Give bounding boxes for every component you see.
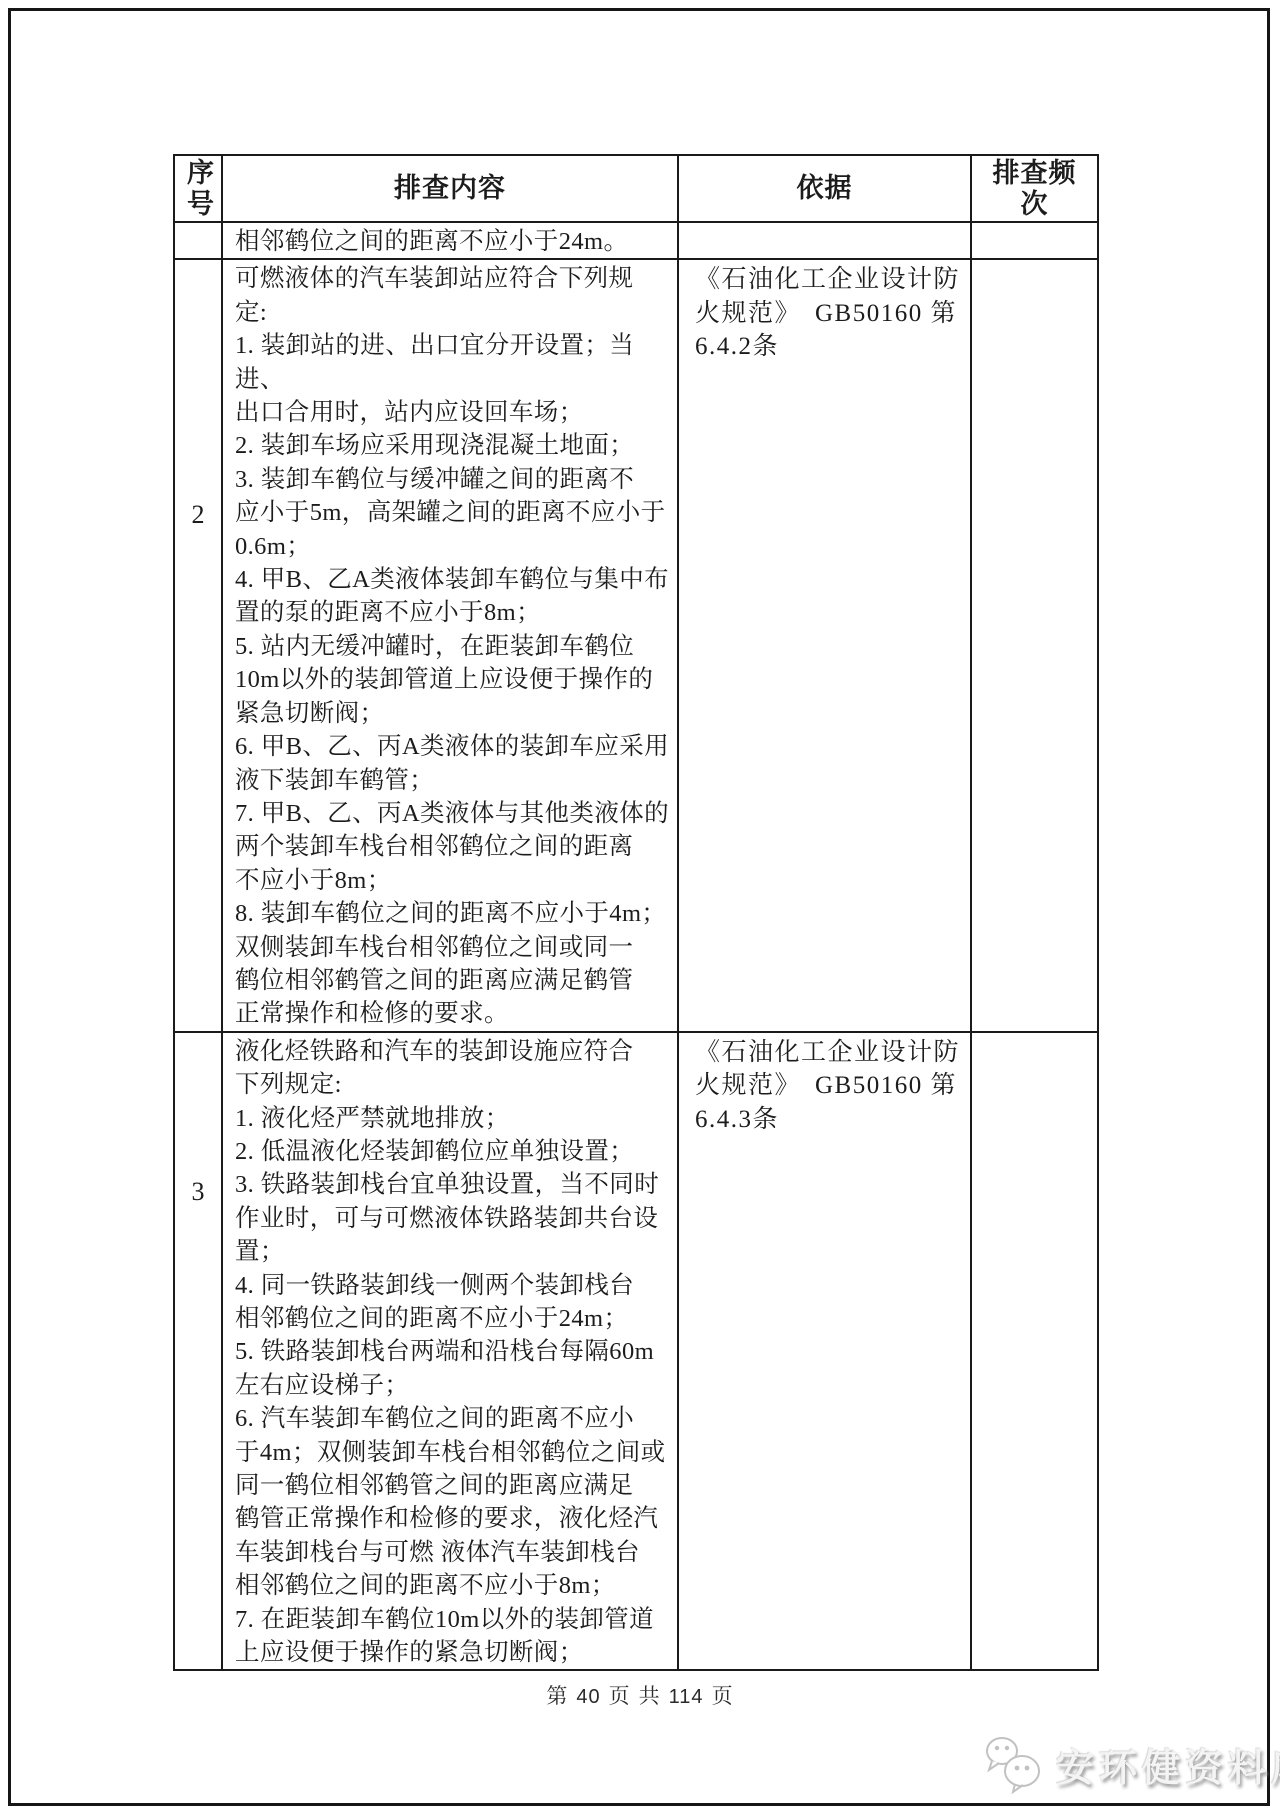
footer-total-pages: 114 [669, 1686, 704, 1708]
inspection-table: 序号 排查内容 依据 排查频次 相邻鹤位之间的距离不应小于24m。 2 可燃液体… [173, 154, 1099, 1671]
table-header-row: 序号 排查内容 依据 排查频次 [174, 155, 1098, 222]
row-number: 3 [174, 1032, 222, 1671]
watermark-label: 安环健资料库 [1056, 1737, 1280, 1792]
row-frequency [971, 222, 1098, 259]
footer-label-gong: 共 [639, 1684, 661, 1708]
row-number: 2 [174, 259, 222, 1031]
row-frequency [971, 259, 1098, 1031]
col-header-inspection-frequency: 排查频次 [971, 155, 1098, 222]
col-header-serial-number: 序号 [174, 155, 222, 222]
footer-label-ye1: 页 [609, 1684, 631, 1708]
watermark: 安环健资料库 [982, 1734, 1280, 1794]
row-content: 相邻鹤位之间的距离不应小于24m。 [222, 222, 678, 259]
row-content: 可燃液体的汽车装卸站应符合下列规 定: 1. 装卸站的进、出口宜分开设置；当进、… [222, 259, 678, 1031]
col-header-inspection-content: 排查内容 [222, 155, 678, 222]
row-content: 液化烃铁路和汽车的装卸设施应符合 下列规定: 1. 液化烃严禁就地排放； 2. … [222, 1032, 678, 1671]
table-row: 3 液化烃铁路和汽车的装卸设施应符合 下列规定: 1. 液化烃严禁就地排放； 2… [174, 1032, 1098, 1671]
page-footer: 第40页共114页 [0, 1680, 1280, 1710]
footer-label-ye2: 页 [712, 1684, 734, 1708]
row-basis: 《石油化工企业设计防 火规范》 GB50160 第 6.4.3条 [678, 1032, 971, 1671]
chat-bubbles-icon [982, 1734, 1046, 1794]
row-basis: 《石油化工企业设计防 火规范》 GB50160 第 6.4.2条 [678, 259, 971, 1031]
col-header-basis: 依据 [678, 155, 971, 222]
table-row: 2 可燃液体的汽车装卸站应符合下列规 定: 1. 装卸站的进、出口宜分开设置；当… [174, 259, 1098, 1031]
row-basis [678, 222, 971, 259]
footer-current-page: 40 [576, 1686, 600, 1708]
row-frequency [971, 1032, 1098, 1671]
footer-label-di: 第 [546, 1684, 568, 1708]
table-row: 相邻鹤位之间的距离不应小于24m。 [174, 222, 1098, 259]
row-number [174, 222, 222, 259]
